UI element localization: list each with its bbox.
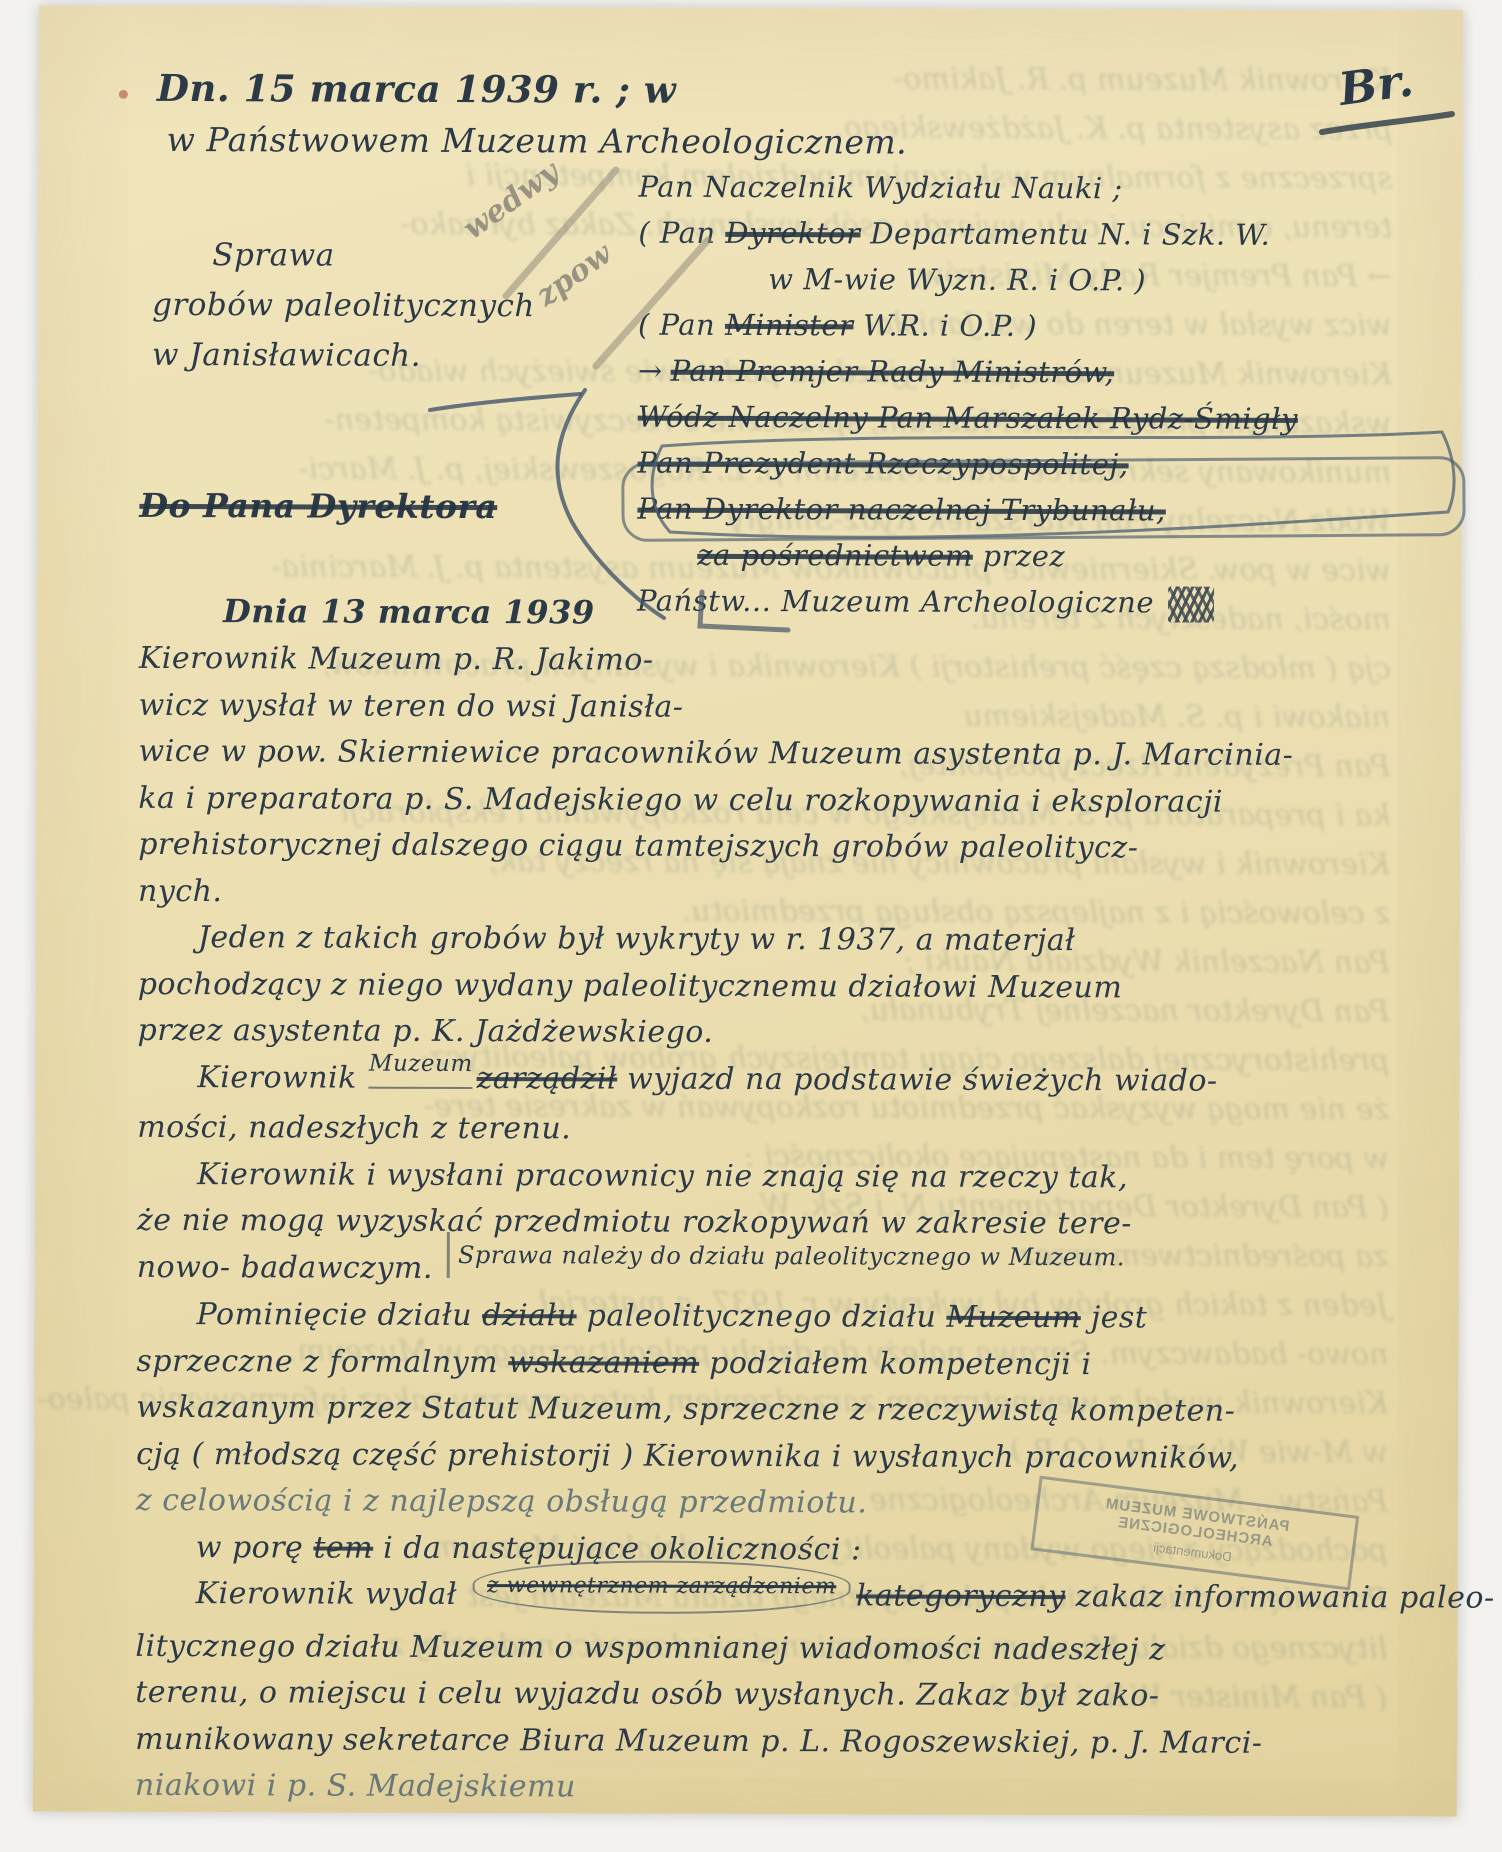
- recipient-line: Państw... Muzeum Archeologiczne: [637, 578, 1461, 627]
- scribble-text: [1168, 586, 1214, 622]
- text-segment: Pan Naczelnik Wydziału Nauki ;: [638, 170, 1122, 206]
- struck-text: Pan Premjer Rady Ministrów,: [671, 354, 1115, 390]
- text-segment: jest: [1081, 1300, 1148, 1335]
- text-segment: Kierownik wydał: [196, 1576, 468, 1612]
- text-segment: w Janisławicach.: [152, 337, 421, 374]
- handwritten-line: sprzeczne z formalnym wskazaniem podział…: [136, 1338, 1436, 1389]
- text-segment: pochodzący z niego wydany paleolitycznem…: [138, 966, 1123, 1004]
- handwritten-line: niakowi i p. S. Madejskiemu: [135, 1763, 1435, 1814]
- handwritten-line: munikowany sekretarce Biura Muzeum p. L.…: [135, 1716, 1435, 1767]
- text-segment: zakaz informowania paleo-: [1065, 1579, 1494, 1615]
- institution-line: w Państwowem Muzeum Archeologicznem.: [167, 120, 908, 162]
- handwritten-line: mości, nadeszłych z terenu.: [137, 1105, 1437, 1156]
- struck-text: tem: [313, 1530, 373, 1565]
- subject-line: w Janisławicach.: [152, 330, 535, 381]
- struck-text: kategoryczny: [856, 1578, 1065, 1614]
- subject-block: Sprawagrobów paleolitycznychw Janisławic…: [152, 230, 535, 381]
- corner-initials: Br.: [1336, 53, 1417, 116]
- text-segment: prehistorycznej dalszego ciągu tamtejszy…: [138, 827, 1138, 865]
- insert-text: Muzeum: [369, 1040, 473, 1089]
- text-segment: litycznego działu Muzeum o wspomnianej w…: [135, 1628, 1165, 1667]
- text-segment: Departamentu N. i Szk. W.: [860, 216, 1270, 251]
- recipient-block: Pan Naczelnik Wydziału Nauki ;( Pan Dyre…: [637, 164, 1463, 627]
- struck-text: Dyrektor: [725, 216, 860, 250]
- crossed-salutation: Do Pana Dyrektora: [139, 486, 497, 526]
- text-segment: wyjazd na podstawie świeżych wiado-: [617, 1061, 1218, 1098]
- text-segment: munikowany sekretarce Biura Muzeum p. L.…: [135, 1721, 1262, 1760]
- text-segment: Kierownik Muzeum p. R. Jakimo-: [139, 641, 654, 678]
- handwritten-line: wskazanym przez Statut Muzeum, sprzeczne…: [136, 1385, 1436, 1436]
- text-segment: W.R. i O.P. ): [853, 308, 1037, 343]
- letter-body: Kierownik Muzeum p. R. Jakimo-wicz wysła…: [135, 636, 1439, 1814]
- text-segment: przez: [973, 539, 1065, 573]
- recipient-line: w M-wie Wyzn. R. i O.P. ): [638, 256, 1462, 305]
- text-segment: Pominięcie działu: [197, 1297, 483, 1333]
- text-segment: wskazanym przez Statut Muzeum, sprzeczne…: [136, 1390, 1235, 1429]
- text-segment: paleolitycznego działu: [577, 1298, 947, 1334]
- text-segment: ( Pan: [638, 216, 725, 250]
- struck-text: za pośrednictwem: [697, 538, 973, 573]
- date-place-line: Dn. 15 marca 1939 r. ; w: [157, 66, 676, 112]
- text-segment: terenu, o miejscu i celu wyjazdu osób wy…: [135, 1675, 1159, 1714]
- recipient-line: Pan Naczelnik Wydziału Nauki ;: [638, 164, 1462, 213]
- handwritten-line: Kierownik Muzeum p. R. Jakimo-: [139, 636, 1439, 687]
- handwritten-line: Kierownik i wysłani pracownicy nie znają…: [137, 1151, 1437, 1202]
- text-segment: grobów paleolitycznych: [152, 287, 535, 324]
- text-segment: Jeden z takich grobów był wykryty w r. 1…: [198, 920, 1076, 958]
- ink-dot: [119, 90, 128, 99]
- text-segment: Państw... Muzeum Archeologiczne: [637, 584, 1154, 620]
- text-segment: ka i preparatora p. S. Madejskiego w cel…: [138, 780, 1223, 819]
- recipient-line: ( Pan Dyrektor Departamentu N. i Szk. W.: [638, 210, 1462, 259]
- struck-text: działu: [482, 1298, 577, 1333]
- document-page: Kierownik Muzeum p. R. Jakimo-przez asys…: [33, 6, 1463, 1817]
- handwritten-line: prehistorycznej dalszego ciągu tamtejszy…: [138, 822, 1438, 873]
- text-segment: Kierownik i wysłani pracownicy nie znają…: [197, 1157, 1128, 1195]
- recipient-line: ( Pan Minister W.R. i O.P. ): [638, 302, 1462, 351]
- text-segment: niakowi i p. S. Madejskiemu: [135, 1768, 576, 1805]
- recipient-line: Pan Dyrektor naczelnej Trybunału,: [637, 486, 1461, 535]
- handwritten-line: ka i preparatora p. S. Madejskiego w cel…: [138, 775, 1438, 826]
- text-segment: nych.: [138, 873, 223, 908]
- handwritten-line: pochodzący z niego wydany paleolitycznem…: [138, 961, 1438, 1012]
- struck-text: Minister: [725, 308, 854, 342]
- handwritten-line: terenu, o miejscu i celu wyjazdu osób wy…: [135, 1670, 1435, 1721]
- text-segment: w porę: [196, 1530, 314, 1565]
- handwritten-line: wicz wysłał w teren do wsi Janisła-: [139, 682, 1439, 733]
- insert-note-text: Sprawa należy do działu paleolitycznego …: [447, 1231, 1125, 1280]
- struck-text: Pan Prezydent Rzeczypospolitej,: [638, 446, 1129, 482]
- struck-text: zarządził: [477, 1061, 618, 1096]
- text-segment: wicz wysłał w teren do wsi Janisła-: [139, 687, 684, 724]
- crossed-salutation-text: Do Pana Dyrektora: [139, 486, 497, 526]
- recipient-line: Wódz Naczelny Pan Marszałek Rydz-Śmigły: [638, 394, 1462, 443]
- scanned-document: { "heading": { "date_place": "Dn. 15 mar…: [0, 0, 1502, 1852]
- recipient-line: →Pan Premjer Rady Ministrów,: [638, 348, 1462, 397]
- recipient-line: Pan Prezydent Rzeczypospolitej,: [637, 440, 1461, 489]
- struck-text: Wódz Naczelny Pan Marszałek Rydz-Śmigły: [638, 400, 1298, 436]
- text-segment: mości, nadeszłych z terenu.: [137, 1110, 571, 1147]
- text-segment: cją ( młodszą część prehistorji ) Kierow…: [136, 1436, 1239, 1475]
- text-segment: Sprawa: [212, 237, 335, 273]
- text-segment: nowo- badawczym.: [137, 1249, 433, 1285]
- handwritten-line: cją ( młodszą część prehistorji ) Kierow…: [136, 1431, 1436, 1482]
- handwritten-line: litycznego działu Muzeum o wspomnianej w…: [135, 1623, 1435, 1674]
- handwritten-line: Kierownik wydał z wewnętrznem zarządzeni…: [136, 1571, 1436, 1628]
- struck-text: Pan Dyrektor naczelnej Trybunału,: [637, 492, 1166, 528]
- handwritten-line: przez asystenta p. K. Jażdżewskiego.: [137, 1008, 1437, 1059]
- text-segment: z celowością i z najlepszą obsługą przed…: [136, 1483, 867, 1521]
- handwritten-line: nych.: [138, 868, 1438, 919]
- circled-text: z wewnętrznem zarządzeniem: [473, 1560, 850, 1614]
- handwritten-line: wice w pow. Skierniewice pracowników Muz…: [138, 729, 1438, 780]
- subject-line: grobów paleolitycznych: [152, 280, 535, 331]
- text-segment: podziałem kompetencji i: [699, 1345, 1091, 1381]
- handwritten-line: nowo- badawczym.Sprawa należy do działu …: [137, 1244, 1437, 1296]
- arrow-text: →: [638, 354, 663, 388]
- struck-text: Muzeum: [946, 1300, 1080, 1335]
- text-segment: ( Pan: [638, 308, 725, 342]
- text-segment: w M-wie Wyzn. R. i O.P. ): [768, 262, 1146, 297]
- text-segment: sprzeczne z formalnym: [136, 1343, 508, 1379]
- handwritten-line: Jeden z takich grobów był wykryty w r. 1…: [138, 915, 1438, 966]
- handwritten-line: Pominięcie działu działu paleolitycznego…: [137, 1292, 1437, 1343]
- handwritten-line: Kierownik Muzeumzarządził wyjazd na pods…: [137, 1054, 1437, 1109]
- body-dateline: Dnia 13 marca 1939: [223, 592, 595, 631]
- text-segment: Kierownik: [197, 1060, 367, 1096]
- recipient-line: za pośrednictwem przez: [637, 532, 1461, 581]
- struck-text: wskazaniem: [508, 1345, 699, 1381]
- text-segment: wice w pow. Skierniewice pracowników Muz…: [138, 734, 1293, 773]
